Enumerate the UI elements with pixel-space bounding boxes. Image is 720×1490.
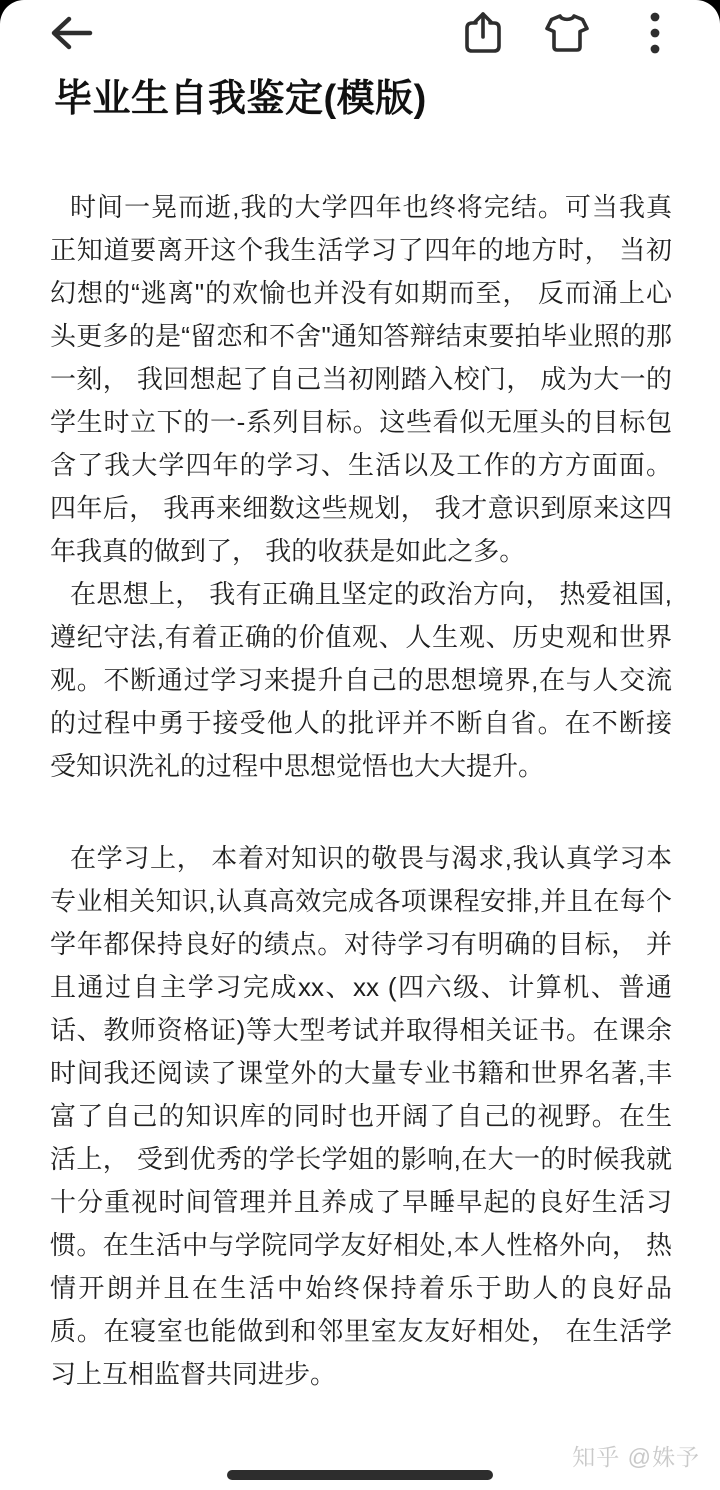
reader-toolbar (0, 0, 720, 64)
article-page-sheet: 毕业生自我鉴定(模版) 时间一晃而逝,我的大学四年也终将完结。可当我真正知道要离… (0, 0, 720, 1490)
article-paragraph-2: 在思想上， 我有正确且坚定的政治方向， 热爱祖国,遵纪守法,有着正确的价值观、人… (50, 573, 672, 788)
more-options-button[interactable] (632, 10, 678, 56)
theme-skin-button[interactable] (544, 10, 590, 56)
zhihu-author-watermark: 知乎 @姝予 (572, 1439, 700, 1472)
back-button[interactable] (48, 10, 94, 56)
article-paragraph-3: 在学习上， 本着对知识的敬畏与渴求,我认真学习本专业相关知识,认真高效完成各项课… (50, 837, 672, 1396)
home-indicator-bar[interactable] (227, 1470, 493, 1480)
article-paragraph-1: 时间一晃而逝,我的大学四年也终将完结。可当我真正知道要离开这个我生活学习了四年的… (50, 186, 672, 573)
share-icon (463, 11, 503, 55)
article-title: 毕业生自我鉴定(模版) (54, 74, 670, 124)
share-button[interactable] (460, 10, 506, 56)
back-arrow-icon (49, 15, 93, 51)
kebab-menu-icon (648, 11, 662, 55)
tshirt-icon (544, 12, 590, 54)
